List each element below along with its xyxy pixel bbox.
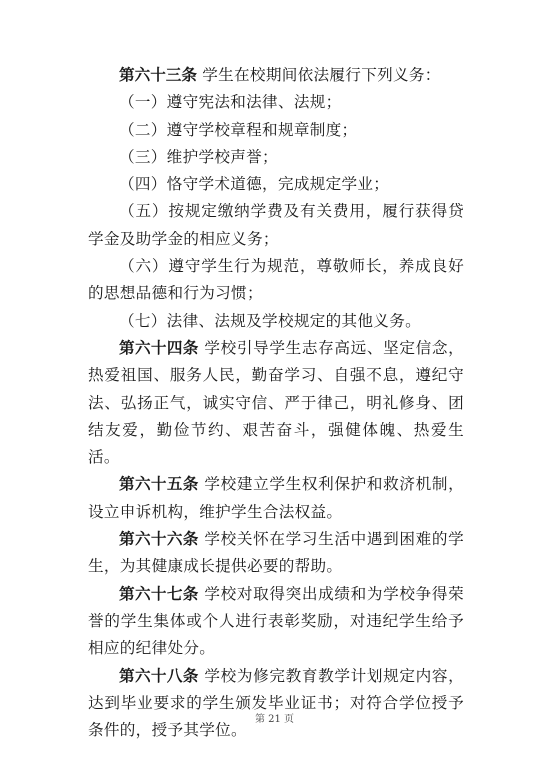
paragraph-text: （二）遵守学校章程和规章制度；	[119, 121, 357, 139]
list-item-6: （六）遵守学生行为规范，尊敬师长，养成良好的思想品德和行为习惯；	[88, 253, 464, 308]
paragraph-article-63: 第六十三条 学生在校期间依法履行下列义务：	[88, 62, 464, 89]
paragraph-text: （七）法律、法规及学校规定的其他义务。	[119, 312, 421, 330]
list-item-3: （三）维护学校声誉；	[88, 144, 464, 171]
paragraph-text: 学生在校期间依法履行下列义务：	[202, 66, 440, 84]
article-number: 第六十四条	[119, 339, 199, 357]
document-body: 第六十三条 学生在校期间依法履行下列义务： （一）遵守宪法和法律、法规； （二）…	[88, 62, 464, 744]
paragraph-article-68: 第六十八条 学校为修完教育教学计划规定内容，达到毕业要求的学生颁发毕业证书；对符…	[88, 663, 464, 745]
paragraph-text: （三）维护学校声誉；	[119, 148, 278, 166]
list-item-2: （二）遵守学校章程和规章制度；	[88, 117, 464, 144]
paragraph-text: （六）遵守学生行为规范，尊敬师长，养成良好的思想品德和行为习惯；	[88, 257, 464, 302]
article-number: 第六十八条	[119, 667, 199, 685]
article-number: 第六十七条	[119, 585, 199, 603]
list-item-1: （一）遵守宪法和法律、法规；	[88, 89, 464, 116]
paragraph-article-64: 第六十四条 学校引导学生志存高远、坚定信念，热爱祖国、服务人民，勤奋学习、自强不…	[88, 335, 464, 471]
list-item-4: （四）恪守学术道德，完成规定学业；	[88, 171, 464, 198]
article-number: 第六十六条	[119, 530, 199, 548]
paragraph-article-65: 第六十五条 学校建立学生权利保护和救济机制，设立申诉机构，维护学生合法权益。	[88, 471, 464, 526]
paragraph-text: （四）恪守学术道德，完成规定学业；	[119, 175, 389, 193]
list-item-5: （五）按规定缴纳学费及有关费用，履行获得贷学金及助学金的相应义务；	[88, 198, 464, 253]
page-number: 第 21 页	[0, 710, 549, 725]
paragraph-text: （五）按规定缴纳学费及有关费用，履行获得贷学金及助学金的相应义务；	[88, 202, 464, 247]
paragraph-text: 学校引导学生志存高远、坚定信念，热爱祖国、服务人民，勤奋学习、自强不息，遵纪守法…	[88, 339, 464, 466]
paragraph-article-67: 第六十七条 学校对取得突出成绩和为学校争得荣誉的学生集体或个人进行表彰奖励，对违…	[88, 581, 464, 663]
paragraph-article-66: 第六十六条 学校关怀在学习生活中遇到困难的学生，为其健康成长提供必要的帮助。	[88, 526, 464, 581]
paragraph-text: （一）遵守宪法和法律、法规；	[119, 93, 342, 111]
article-number: 第六十三条	[119, 66, 197, 84]
article-number: 第六十五条	[119, 475, 199, 493]
list-item-7: （七）法律、法规及学校规定的其他义务。	[88, 308, 464, 335]
